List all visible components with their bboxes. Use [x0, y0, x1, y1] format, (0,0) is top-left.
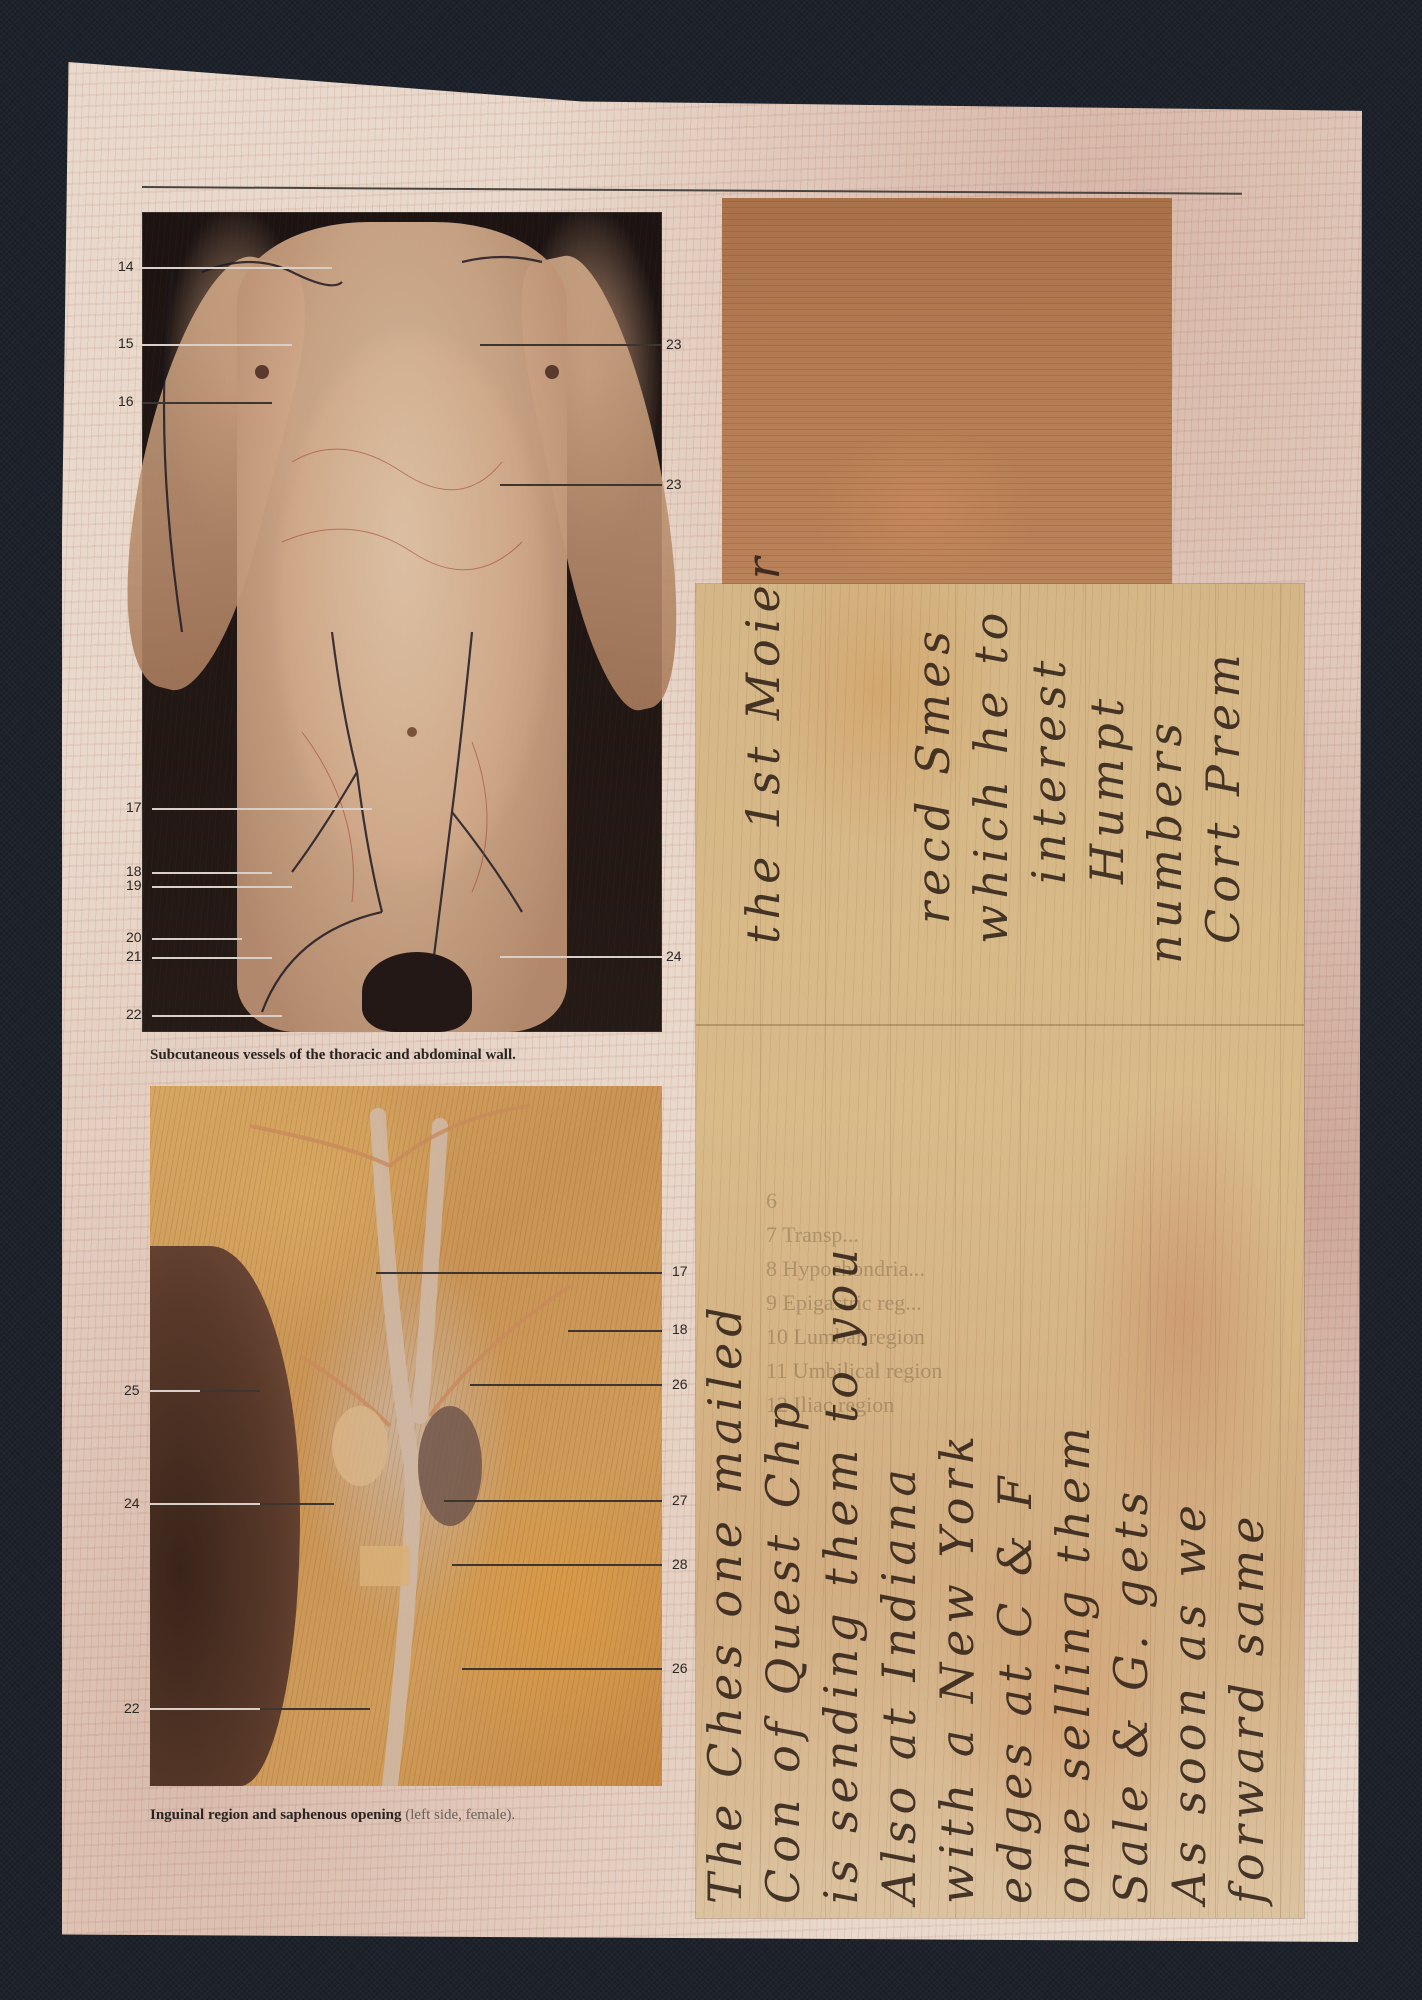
- label-25: 25: [124, 1382, 140, 1398]
- leader-line: [260, 1708, 370, 1710]
- leader-line: [142, 267, 332, 269]
- caption-bottom-main: Inguinal region and saphenous opening: [150, 1807, 402, 1823]
- torso-photo: [142, 212, 662, 1032]
- label-14: 14: [118, 258, 134, 274]
- script-line-top: recd Smes: [906, 584, 960, 924]
- leader-line: [152, 872, 272, 874]
- leader-line: [568, 1330, 662, 1332]
- label-20: 20: [126, 929, 142, 945]
- caption-bottom: Inguinal region and saphenous opening (l…: [150, 1807, 515, 1824]
- leader-line: [260, 1503, 334, 1505]
- label-19: 19: [126, 877, 142, 893]
- label-21: 21: [126, 948, 142, 964]
- script-line: is sending them to you: [814, 744, 868, 1904]
- script-line-top: numbers: [1138, 664, 1192, 964]
- leader-line: [470, 1384, 662, 1386]
- caption-bottom-paren: (left side, female).: [405, 1807, 515, 1823]
- leader-line: [152, 808, 372, 810]
- leader-line: [150, 1708, 260, 1710]
- leader-line: [444, 1500, 662, 1502]
- leader-line: [500, 956, 662, 958]
- script-line-top: which he to: [964, 584, 1018, 944]
- script-line: edges at C & F: [988, 804, 1042, 1904]
- label-22: 22: [126, 1006, 142, 1022]
- script-line-top: interest: [1022, 584, 1076, 884]
- label-28: 28: [672, 1556, 688, 1572]
- label-23b: 23: [666, 476, 682, 492]
- vessel-drawing-2: [150, 1086, 662, 1786]
- label-16: 16: [118, 393, 134, 409]
- label-22b: 22: [124, 1700, 140, 1716]
- handwritten-letter: 6 7 Transp... 8 Hypochondria... 9 Epigas…: [696, 584, 1304, 1918]
- leader-line: [150, 1503, 260, 1505]
- label-24b: 24: [124, 1495, 140, 1511]
- label-18b: 18: [672, 1321, 688, 1337]
- inguinal-photo: [150, 1086, 662, 1786]
- vessel-drawing: [142, 212, 662, 1032]
- leader-line: [500, 484, 662, 486]
- leader-line: [152, 938, 242, 940]
- leader-line: [150, 1390, 200, 1392]
- leader-line: [142, 402, 272, 404]
- leader-line: [152, 957, 272, 959]
- label-27: 27: [672, 1492, 688, 1508]
- leader-line: [462, 1668, 662, 1670]
- leader-line: [200, 1390, 260, 1392]
- label-17b: 17: [672, 1263, 688, 1279]
- label-26b: 26: [672, 1660, 688, 1676]
- leader-line: [152, 886, 292, 888]
- label-17: 17: [126, 799, 142, 815]
- script-line: with a New York: [930, 784, 984, 1904]
- label-24: 24: [666, 948, 682, 964]
- script-line: Also at Indiana: [872, 904, 926, 1904]
- leader-line: [142, 344, 292, 346]
- label-15: 15: [118, 335, 134, 351]
- script-line: Sale & G. gets: [1104, 1144, 1158, 1904]
- label-26a: 26: [672, 1376, 688, 1392]
- script-line: The Ches one mailed: [698, 1004, 752, 1904]
- script-line: one selling them: [1046, 904, 1100, 1904]
- script-line-top: Humpt: [1080, 664, 1134, 884]
- leader-line: [452, 1564, 662, 1566]
- script-line: As soon as we: [1162, 1204, 1216, 1904]
- script-line: forward same: [1220, 1344, 1274, 1904]
- script-line: Con of Quest Chp: [756, 1024, 810, 1904]
- leader-line: [152, 1015, 282, 1017]
- brown-paper-panel: [722, 198, 1172, 598]
- label-23a: 23: [666, 336, 682, 352]
- leader-line: [376, 1272, 662, 1274]
- caption-top: Subcutaneous vessels of the thoracic and…: [150, 1047, 516, 1064]
- script-line-top: Cort Prem: [1196, 584, 1250, 944]
- leader-line: [480, 344, 662, 346]
- script-line-top: the 1st Moier: [736, 584, 790, 944]
